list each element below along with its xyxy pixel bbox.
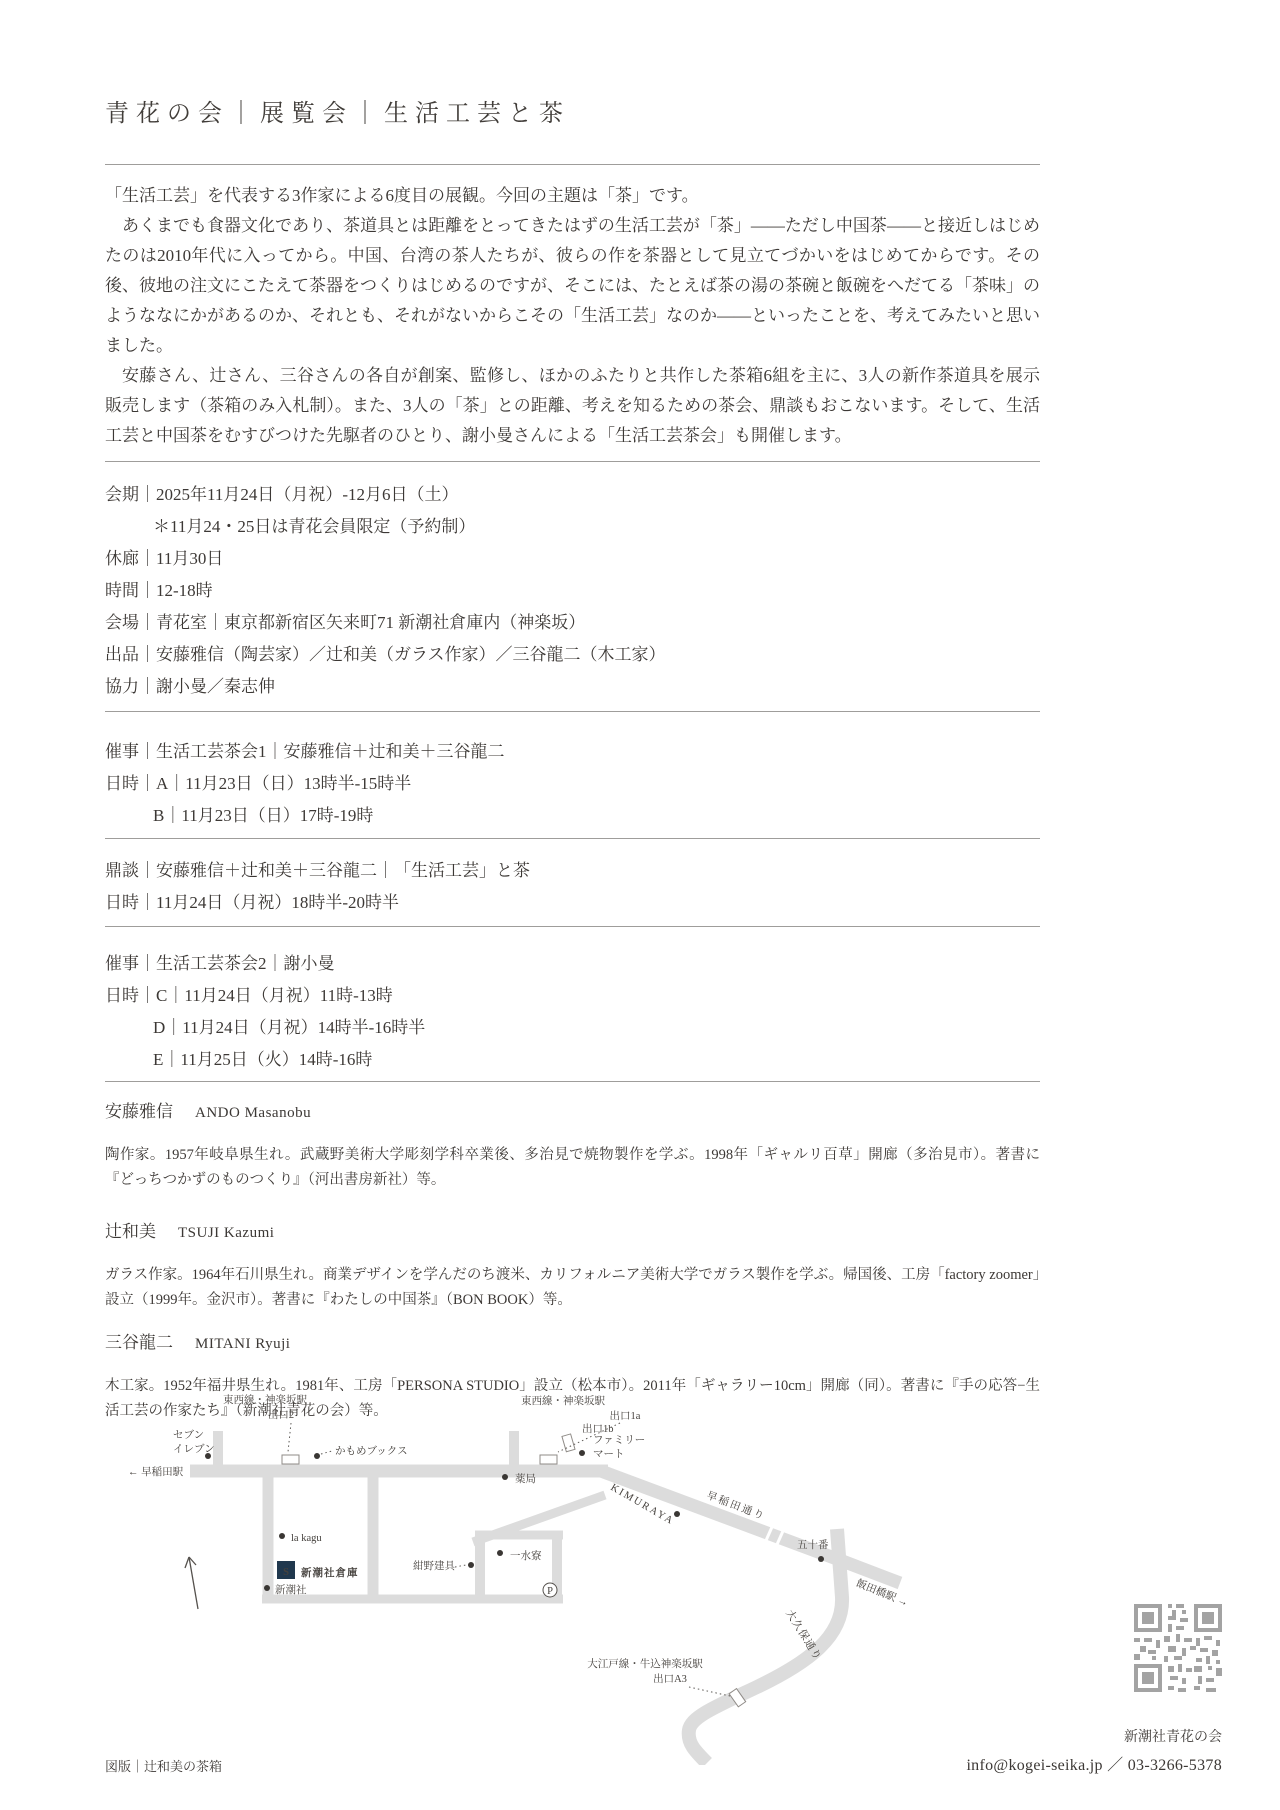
talk-section: 鼎談｜安藤雅信＋辻和美＋三谷龍二｜「生活工芸」と茶 日時｜11月24日（月祝）1…: [105, 855, 1040, 919]
gojuban-label: 五十番: [797, 1538, 829, 1551]
oedo-exit-label: 大江戸線・牛込神楽坂駅: [587, 1657, 703, 1670]
parking-icon: P: [543, 1583, 557, 1597]
divider: [105, 461, 1040, 462]
info-row-members-note: ＊11月24・25日は青花会員限定（予約制）: [105, 511, 1040, 543]
exit1b-label: 出口1b: [582, 1422, 614, 1435]
seven-eleven-label: イレブン: [173, 1443, 215, 1455]
konno-tategu-label: 紺野建具: [413, 1559, 455, 1572]
event2-slot-d: D｜11月24日（月祝）14時半-16時半: [105, 1012, 1040, 1044]
tozai-exit2-label: 東西線・神楽坂駅: [223, 1393, 307, 1406]
main-column: 青花の会｜展覧会｜生活工芸と茶 「生活工芸」を代表する3作家による6度目の展観。…: [105, 0, 1040, 1424]
shinchosha-warehouse-label: 新潮社倉庫: [301, 1566, 359, 1579]
event2-slot-e: E｜11月25日（火）14時-16時: [105, 1044, 1040, 1076]
flyer-page: 青花の会｜展覧会｜生活工芸と茶 「生活工芸」を代表する3作家による6度目の展観。…: [0, 0, 1280, 1810]
exit1b-entrance: [562, 1434, 575, 1452]
qr-modules: [1134, 1604, 1222, 1692]
map-roads: [190, 1431, 900, 1763]
pharmacy-dot: [502, 1474, 508, 1480]
kamome-books-label: かもめブックス: [335, 1445, 408, 1457]
tozai-exit1a-label: 出口1a: [610, 1409, 641, 1422]
qr-code: [1134, 1604, 1222, 1692]
contact-info: info@kogei-seika.jp ／ 03-3266-5378: [966, 1752, 1222, 1775]
access-map: P S 新潮社倉庫 セブン イレブン ← 早稲田駅 東西線・神楽坂駅 出口2 か…: [85, 1385, 965, 1765]
bio-name: 辻和美: [105, 1222, 156, 1241]
gojuban-dot: [818, 1556, 824, 1562]
bio-roman-name: TSUJI Kazumi: [178, 1225, 274, 1241]
seven-eleven-label: セブン: [173, 1429, 204, 1441]
info-row-cooperation: 協力｜謝小曼／秦志伸: [105, 671, 1040, 703]
event1-slot-b: B｜11月23日（日）17時-19時: [105, 800, 1040, 832]
info-row-artists: 出品｜安藤雅信（陶芸家）／辻和美（ガラス作家）／三谷龍二（木工家）: [105, 639, 1040, 671]
divider: [105, 926, 1040, 927]
intro-paragraph: 安藤さん、辻さん、三谷さんの各自が創案、監修し、ほかのふたりと共作した茶箱6組を…: [105, 361, 1040, 451]
bio-tsuji: 辻和美TSUJI Kazumi ガラス作家。1964年石川県生れ。商業デザインを…: [105, 1219, 1040, 1313]
tozai-exit2-label: 出口2: [268, 1408, 294, 1421]
figure-caption: 図版｜辻和美の茶箱: [105, 1756, 222, 1775]
issuiryo-label: 一水寮: [510, 1549, 542, 1562]
family-mart-label: マート: [593, 1449, 625, 1460]
pharmacy-label: 薬局: [515, 1472, 536, 1485]
shinchosha-warehouse-marker: S 新潮社倉庫: [277, 1561, 359, 1579]
info-row-venue: 会場｜青花室｜東京都新宿区矢来町71 新潮社倉庫内（神楽坂）: [105, 607, 1040, 639]
kimuraya-dot: [674, 1511, 680, 1517]
intro-paragraph: 「生活工芸」を代表する3作家による6度目の展観。今回の主題は「茶」です。: [105, 181, 1040, 211]
bio-text: ガラス作家。1964年石川県生れ。商業デザインを学んだのち渡米、カリフォルニア美…: [105, 1263, 1040, 1313]
north-arrow-icon: [185, 1557, 198, 1609]
tea-event2-section: 催事｜生活工芸茶会2｜謝小曼 日時｜C｜11月24日（月祝）11時-13時 D｜…: [105, 948, 1040, 1076]
event2-slot-c: 日時｜C｜11月24日（月祝）11時-13時: [105, 980, 1040, 1012]
shinchosha-label: 新潮社: [275, 1583, 307, 1596]
tozai-exit1a-label: 東西線・神楽坂駅: [521, 1394, 605, 1407]
seika-logo-icon: S: [283, 1567, 289, 1578]
family-mart-dot: [579, 1450, 585, 1456]
family-mart-label: ファミリー: [593, 1435, 645, 1446]
event1-title: 催事｜生活工芸茶会1｜安藤雅信＋辻和美＋三谷龍二: [105, 736, 1040, 768]
divider: [105, 1081, 1040, 1082]
talk-datetime: 日時｜11月24日（月祝）18時半-20時半: [105, 887, 1040, 919]
exhibition-info-section: 会期｜2025年11月24日（月祝）-12月6日（土） ＊11月24・25日は青…: [105, 479, 1040, 703]
talk-title: 鼎談｜安藤雅信＋辻和美＋三谷龍二｜「生活工芸」と茶: [105, 855, 1040, 887]
bio-text: 陶作家。1957年岐阜県生れ。武蔵野美術大学彫刻学科卒業後、多治見で焼物製作を学…: [105, 1143, 1040, 1193]
oedo-exit-label: 出口A3: [653, 1672, 687, 1685]
exit1a-entrance: [540, 1455, 557, 1464]
bio-roman-name: ANDO Masanobu: [195, 1105, 311, 1121]
bio-name: 安藤雅信: [105, 1102, 173, 1121]
shinchosha-dot: [264, 1585, 270, 1591]
issuiryo-dot: [497, 1550, 503, 1556]
divider: [105, 711, 1040, 712]
bio-name: 三谷龍二: [105, 1333, 173, 1352]
event1-slot-a: 日時｜A｜11月23日（日）13時半-15時半: [105, 768, 1040, 800]
la-kagu-dot: [279, 1533, 285, 1539]
bio-roman-name: MITANI Ryuji: [195, 1336, 290, 1352]
organizer-name: 新潮社青花の会: [1124, 1726, 1222, 1746]
konno-tategu-dot: [468, 1562, 474, 1568]
la-kagu-label: la kagu: [291, 1533, 322, 1544]
page-title: 青花の会｜展覧会｜生活工芸と茶: [105, 93, 1040, 128]
waseda-station-label: ← 早稲田駅: [128, 1466, 184, 1478]
info-row-hours: 時間｜12-18時: [105, 575, 1040, 607]
info-row-closed: 休廊｜11月30日: [105, 543, 1040, 575]
svg-text:P: P: [547, 1586, 553, 1597]
bio-ando: 安藤雅信ANDO Masanobu 陶作家。1957年岐阜県生れ。武蔵野美術大学…: [105, 1099, 1040, 1193]
tea-event1-section: 催事｜生活工芸茶会1｜安藤雅信＋辻和美＋三谷龍二 日時｜A｜11月23日（日）1…: [105, 736, 1040, 832]
event2-title: 催事｜生活工芸茶会2｜謝小曼: [105, 948, 1040, 980]
divider: [105, 838, 1040, 839]
kamome-books-dot: [314, 1453, 320, 1459]
intro-section: 「生活工芸」を代表する3作家による6度目の展観。今回の主題は「茶」です。 あくま…: [105, 181, 1040, 451]
intro-paragraph: あくまでも食器文化であり、茶道具とは距離をとってきたはずの生活工芸が「茶」——た…: [105, 211, 1040, 361]
exit2-entrance: [282, 1455, 299, 1464]
info-row-dates: 会期｜2025年11月24日（月祝）-12月6日（土）: [105, 479, 1040, 511]
divider: [105, 164, 1040, 165]
